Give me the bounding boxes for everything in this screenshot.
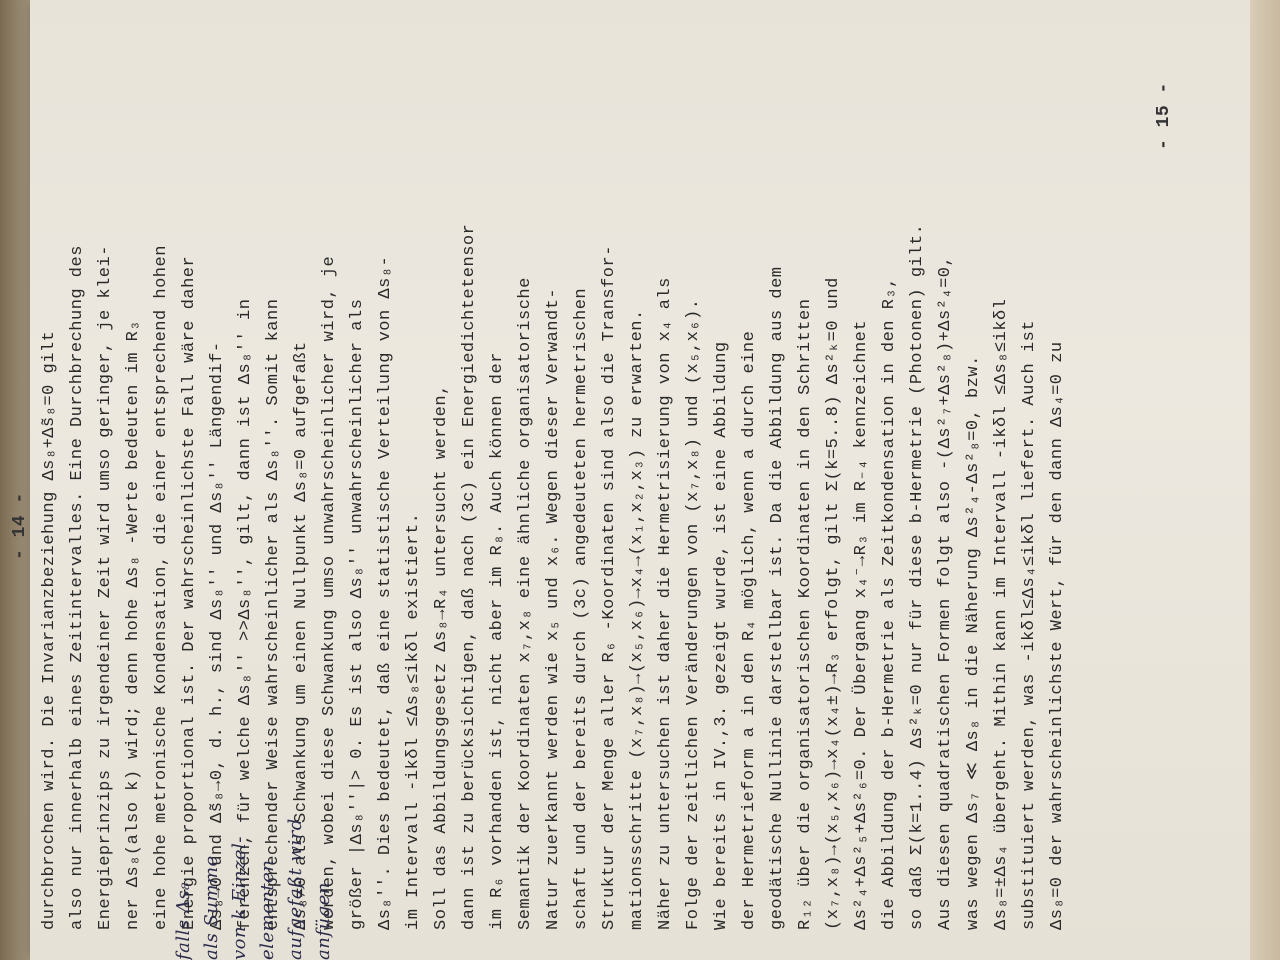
text-line: größer |Δs₈''|> 0. Es ist also Δs₈'' unw…: [344, 224, 372, 930]
text-line: Wie bereits in IV.,3. gezeigt wurde, ist…: [708, 224, 736, 930]
text-line: Δs₈''. Dies bedeutet, daß eine statistis…: [372, 224, 400, 930]
text-line: die Abbildung der b-Hermetrie als Zeitko…: [876, 224, 904, 930]
text-line: Struktur der Menge aller R₆ -Koordinaten…: [596, 224, 624, 930]
text-line: Δs₈=±Δs₄ übergeht. Mithin kann im Interv…: [988, 224, 1016, 930]
text-line: R₁₂ über die organisatorischen Koordinat…: [792, 224, 820, 930]
text-line: im R₆ vorhanden ist, nicht aber im R₈. A…: [484, 224, 512, 930]
text-line: Energieprinzips zu irgendeiner Zeit wird…: [92, 224, 120, 930]
text-line: Aus diesen quadratischen Formen folgt al…: [932, 224, 960, 930]
margin-note-line: elementen: [254, 818, 282, 960]
text-line: mationsschritte (x₇,x₈)→(x₅,x₆)→x₄→(x₁,x…: [624, 224, 652, 930]
text-line: substituiert werden, was -ikδl≤Δs₄≤ikδl …: [1016, 224, 1044, 930]
margin-note-line: falls Δs₈: [170, 818, 198, 960]
text-line: geodätische Nullinie darstellbar ist. Da…: [764, 224, 792, 930]
text-line: Näher zu untersuchen ist daher die Herme…: [652, 224, 680, 930]
page-number-bottom: - 15 -: [1150, 82, 1178, 150]
text-line: Δs²₄+Δs²₅+Δs²₆=0. Der Übergang x₄⁻→R₃ im…: [848, 224, 876, 930]
text-line: was wegen Δs₇ ≪ Δs₈ in die Näherung Δs²₄…: [960, 224, 988, 930]
text-line: dann ist zu berücksichtigen, daß nach (3…: [456, 224, 484, 930]
text-line: Soll das Abbildungsgesetz Δs₈→R₄ untersu…: [428, 224, 456, 930]
margin-note-handwritten: falls Δs₈als Summevon k Einzel-elementen…: [170, 818, 338, 960]
margin-note-line: anfügen: [310, 818, 338, 960]
text-line: Folge der zeitlichen Veränderungen von (…: [680, 224, 708, 930]
text-line: Natur zuerkannt werden wie x₅ und x₆. We…: [540, 224, 568, 930]
text-line: schaft und der bereits durch (3c) angede…: [568, 224, 596, 930]
text-line: Semantik der Koordinaten x₇,x₈ eine ähnl…: [512, 224, 540, 930]
page-number-top: - 14 -: [6, 492, 34, 560]
text-line: (x₇,x₈)→(x₅,x₆)→x₄(x₄±)→R₃ erfolgt, gilt…: [820, 224, 848, 930]
text-line: der Hermetrieform a in den R₄ möglich, w…: [736, 224, 764, 930]
desk-background-right: [1250, 0, 1280, 960]
text-line: ner Δs₈(also k) wird; denn hohe Δs₈ -Wer…: [120, 224, 148, 930]
text-line: Δs₈=0 der wahrscheinlichste Wert, für de…: [1044, 224, 1072, 930]
text-line: also nur innerhalb eines Zeitintervalles…: [64, 224, 92, 930]
text-line: so daß Σ(k=1..4) Δs²ₖ=0 nur für diese b-…: [904, 224, 932, 930]
margin-note-line: als Summe: [198, 818, 226, 960]
margin-note-line: von k Einzel-: [226, 818, 254, 960]
text-line: im Intervall -ikδl ≤Δs₈≤ikδl existiert.: [400, 224, 428, 930]
margin-note-line: aufgefaßt wird: [282, 818, 310, 960]
text-line: durchbrochen wird. Die Invarianzbeziehun…: [36, 224, 64, 930]
